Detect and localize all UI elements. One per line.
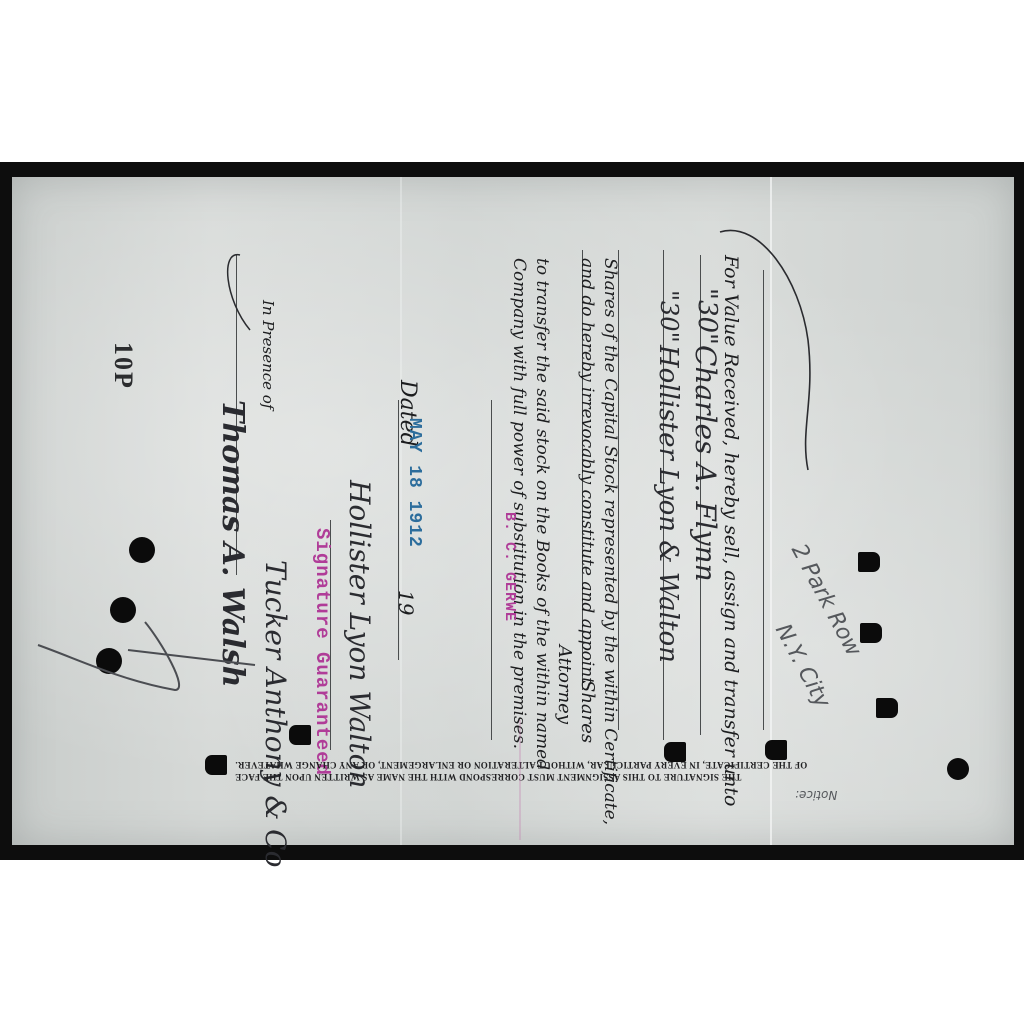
pen-strokes — [0, 0, 1024, 1024]
